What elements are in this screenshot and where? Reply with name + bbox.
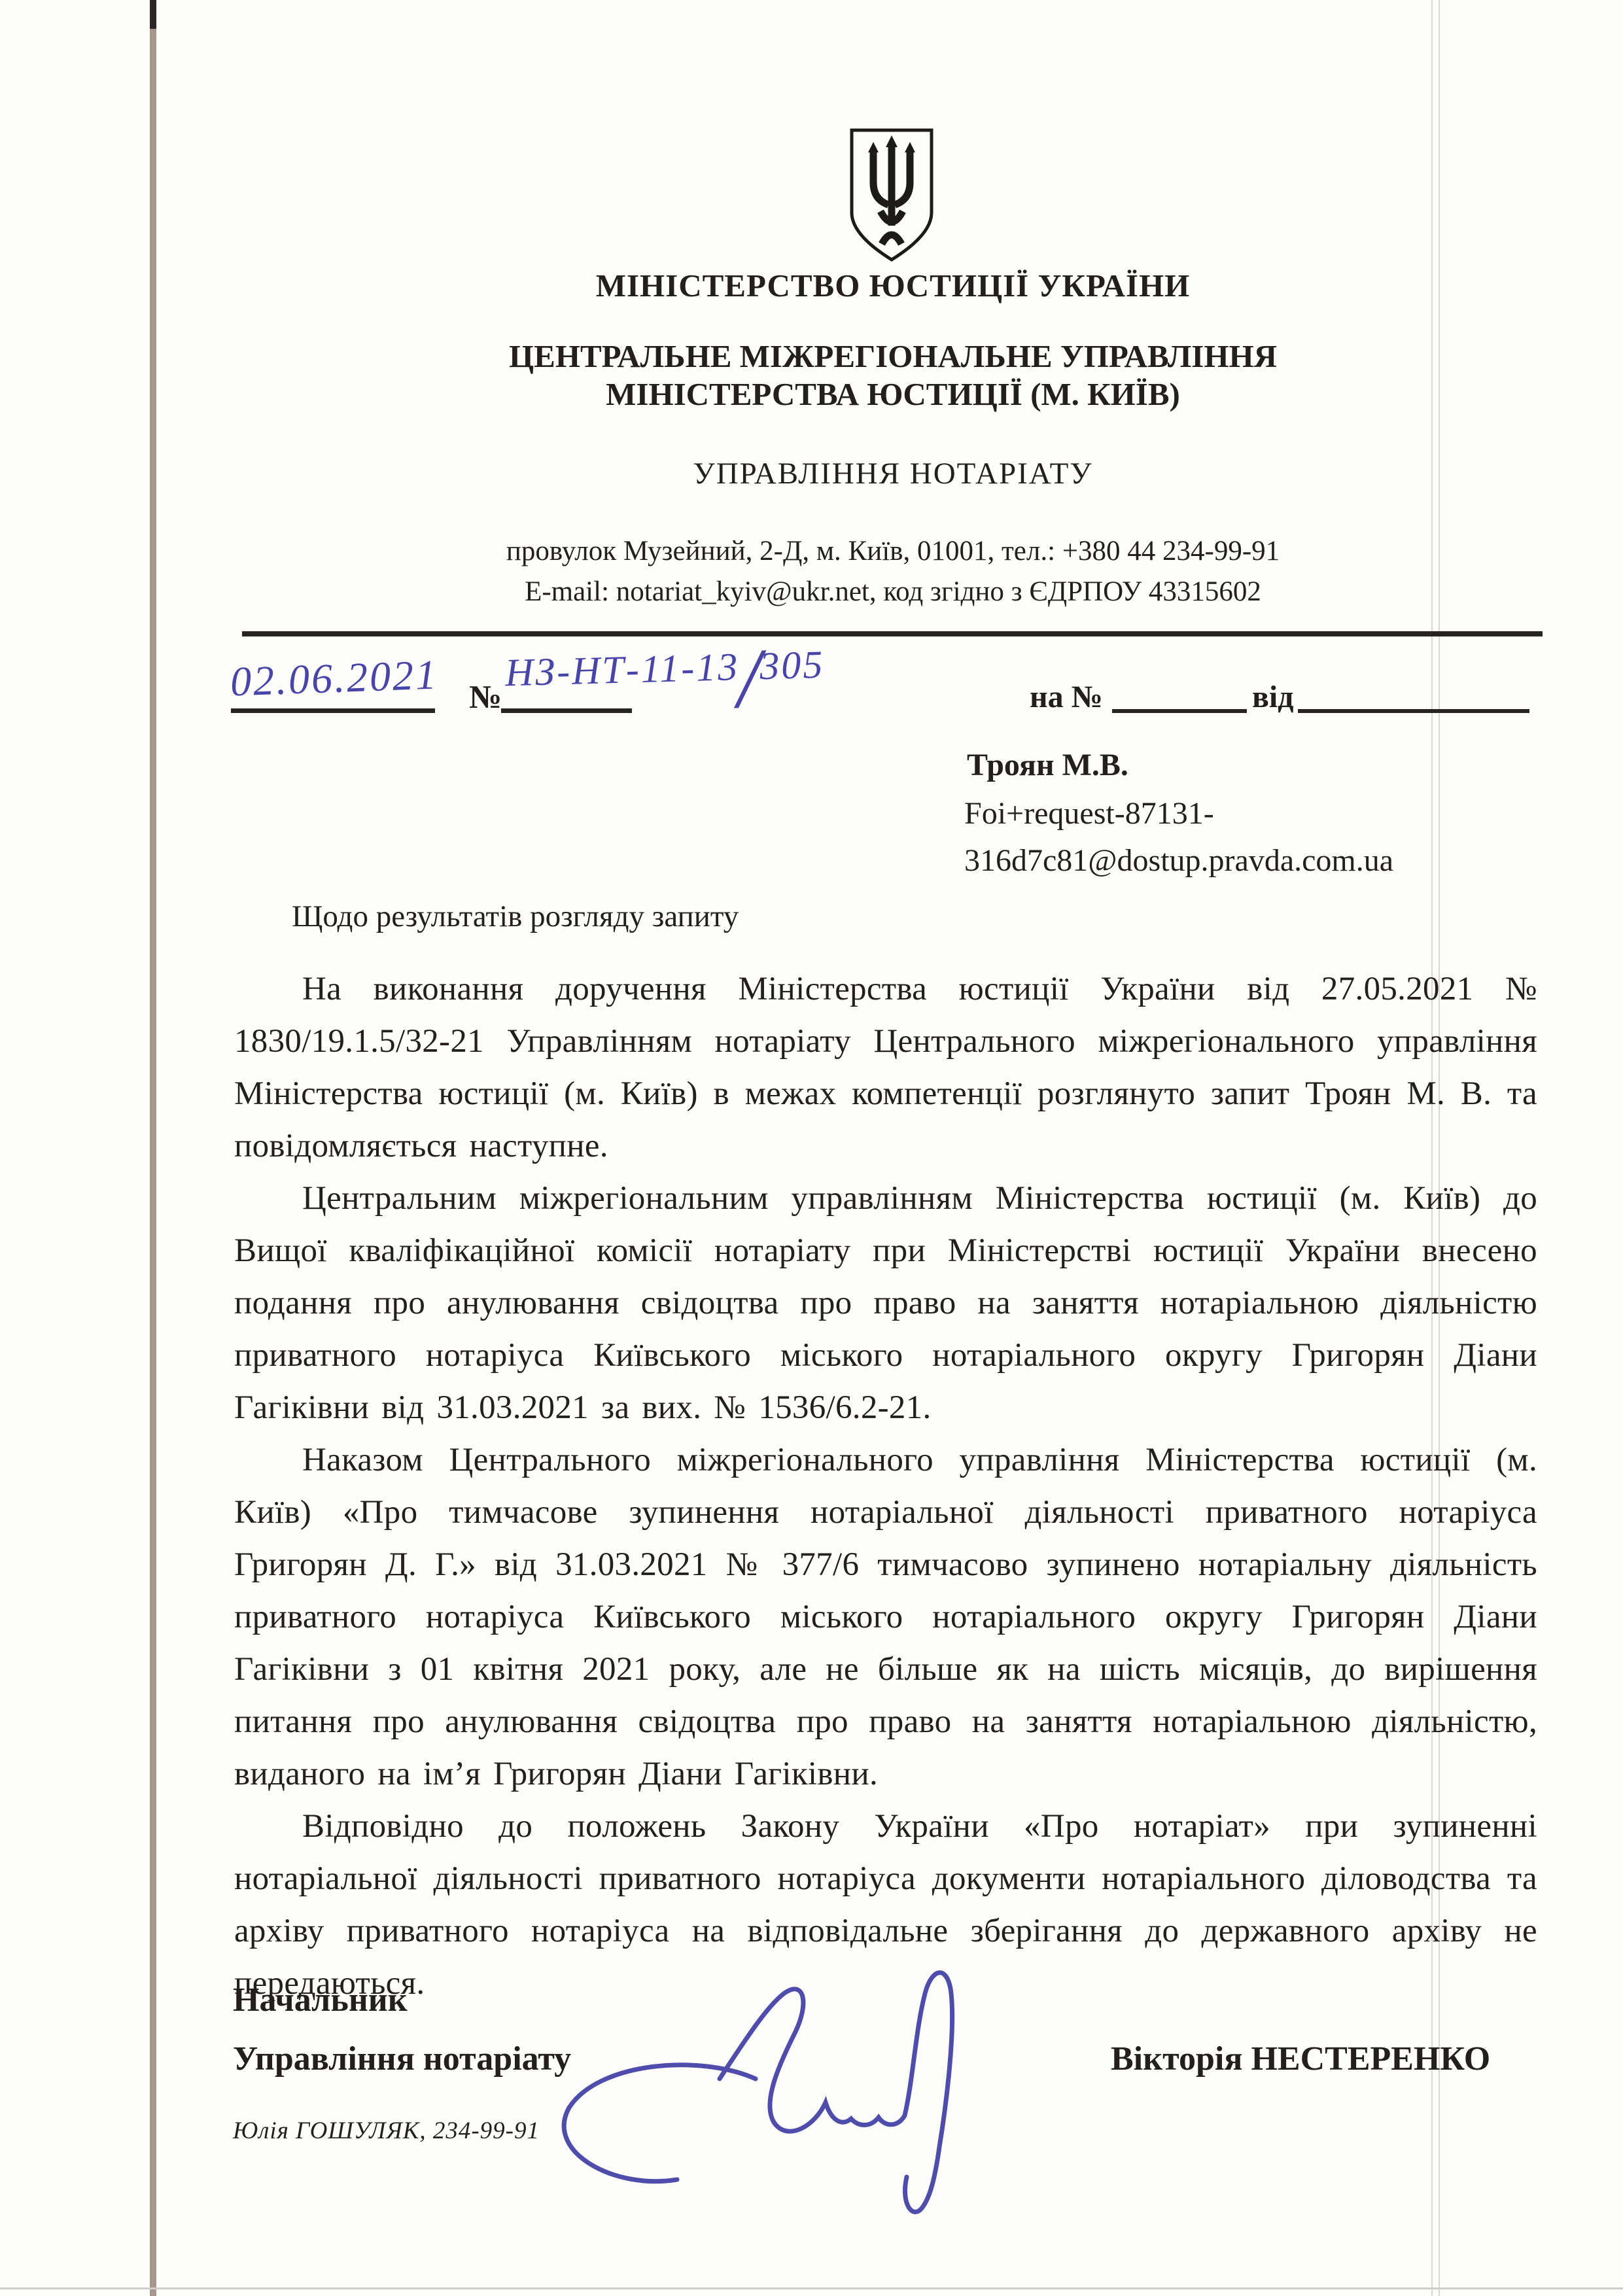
scan-artifact-horizontal-line-bottom [0,2287,1623,2289]
signer-title-line1: Начальник [233,1981,408,2019]
handwritten-outgoing-number: НЗ-НТ-11-13/305 [504,642,825,696]
org-title-line2: МІНІСТЕРСТВА ЮСТИЦІЇ (М. КИЇВ) [164,375,1622,413]
handwritten-signature-icon [536,1962,994,2240]
signer-name: Вікторія НЕСТЕРЕНКО [1111,2040,1490,2078]
scanned-letter-page: МІНІСТЕРСТВО ЮСТИЦІЇ УКРАЇНИ ЦЕНТРАЛЬНЕ … [0,0,1623,2296]
subject-line: Щодо результатів розгляду запиту [292,899,739,934]
letter-body: На виконання доручення Міністерства юсти… [234,963,1537,2009]
addressee-name: Троян М.В. [967,747,1128,783]
letterhead-email: E-mail: notariat_kyiv@ukr.net, код згідн… [164,576,1622,608]
executor-contact-line: Юлія ГОШУЛЯК, 234-99-91 [233,2117,540,2145]
addressee-email-line2: 316d7c81@dostup.pravda.com.ua [964,843,1393,878]
handwritten-number-part1: НЗ-НТ-11-13 [504,645,740,694]
division-title: УПРАВЛІННЯ НОТАРІАТУ [164,456,1622,491]
ukraine-trident-emblem-icon [843,126,941,268]
letterhead-address: провулок Музейний, 2-Д, м. Київ, 01001, … [164,535,1622,567]
letterhead-divider-rule [242,631,1543,636]
body-paragraph-3: Наказом Центрального міжрегіонального уп… [234,1434,1537,1800]
handwritten-date: 02.06.2021 [230,650,439,706]
reply-date-underline [1298,709,1529,713]
reply-to-number-label: на № [1030,679,1103,715]
reply-number-underline [1112,709,1247,713]
number-underline [501,708,632,713]
ministry-title: МІНІСТЕРСТВО ЮСТИЦІЇ УКРАЇНИ [164,267,1622,304]
org-title-line1: ЦЕНТРАЛЬНЕ МІЖРЕГІОНАЛЬНЕ УПРАВЛІННЯ [164,338,1622,375]
scan-artifact-vertical-line-left [150,0,156,2296]
body-paragraph-2: Центральним міжрегіональним управлінням … [234,1172,1537,1434]
addressee-email-line1: Foi+request-87131- [964,795,1214,831]
date-underline [231,708,435,713]
signer-title-line2: Управління нотаріату [233,2040,571,2078]
handwritten-number-part2: 305 [759,643,825,688]
number-sign-label: № [469,678,502,716]
body-paragraph-1: На виконання доручення Міністерства юсти… [234,963,1537,1172]
reply-from-date-label: від [1252,679,1294,715]
